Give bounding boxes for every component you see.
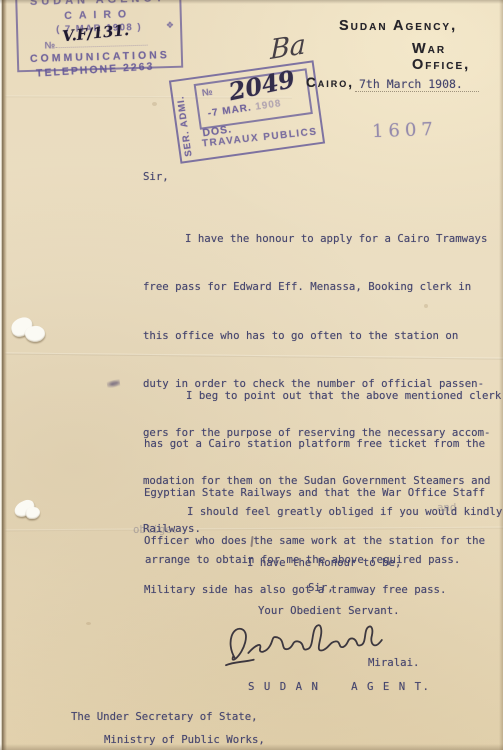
numero-sign: №: [44, 40, 55, 51]
body-line: this office who has to go often to the s…: [143, 329, 490, 351]
letterhead-place: Cairo,: [306, 75, 354, 90]
signatory-rank: Miralai.: [368, 656, 419, 669]
body-line: free pass for Edward Eff. Menassa, Booki…: [143, 280, 490, 302]
typed-date: 7th March 1908.: [359, 77, 463, 91]
travaux-publics-stamp: SER. ADMI. № 2049 -7 MAR. 1908 DOS. TRAV…: [169, 60, 325, 164]
erased-word: and: [437, 501, 456, 514]
letterhead-agency: Sudan Agency,: [339, 18, 457, 34]
stamp-date-day: -7 MAR.: [207, 102, 252, 119]
stamp-diamond-icon: ❖: [166, 20, 174, 31]
age-speck: [152, 102, 157, 106]
erased-word: oblige.: [133, 523, 178, 536]
addressee-line-1: The Under Secretary of State,: [71, 710, 258, 723]
age-speck: [86, 622, 91, 625]
stamp-date-year: 1908: [255, 98, 283, 113]
ba-handwriting: Ba: [270, 29, 306, 66]
scan-edge-left: [0, 0, 7, 750]
addressee-line-2: Ministry of Public Works,: [104, 733, 265, 746]
closing-line-1: I have the honour to be,: [247, 556, 401, 569]
signature-handwriting: [219, 612, 392, 679]
body-line: I beg to point out that the above mentio…: [144, 389, 501, 411]
paper-hole: [26, 507, 40, 519]
stamp-inner-box: № 2049 -7 MAR. 1908: [194, 68, 313, 129]
closing-line-2: Sir,: [308, 581, 334, 594]
letterhead-office: War Office,: [412, 41, 503, 73]
communications-stamp: SUDAN AGENCY CAIRO ( 7 MAR 1908 ) ❖ № V.…: [15, 0, 183, 72]
received-number-stamp: 1607: [372, 119, 439, 142]
scanned-letter-page: SUDAN AGENCY CAIRO ( 7 MAR 1908 ) ❖ № V.…: [0, 0, 503, 750]
body-line: has got a Cairo station platform free ti…: [144, 437, 501, 459]
salutation: Sir,: [143, 170, 169, 183]
ink-smudge: [107, 379, 121, 389]
stamp-side-label: SER. ADMI.: [174, 84, 195, 157]
body-line: I have the honour to apply for a Cairo T…: [143, 232, 490, 254]
signatory-role: S U D A N A G E N T.: [248, 680, 431, 693]
paper-hole: [24, 324, 46, 343]
numero-sign: №: [201, 87, 213, 99]
